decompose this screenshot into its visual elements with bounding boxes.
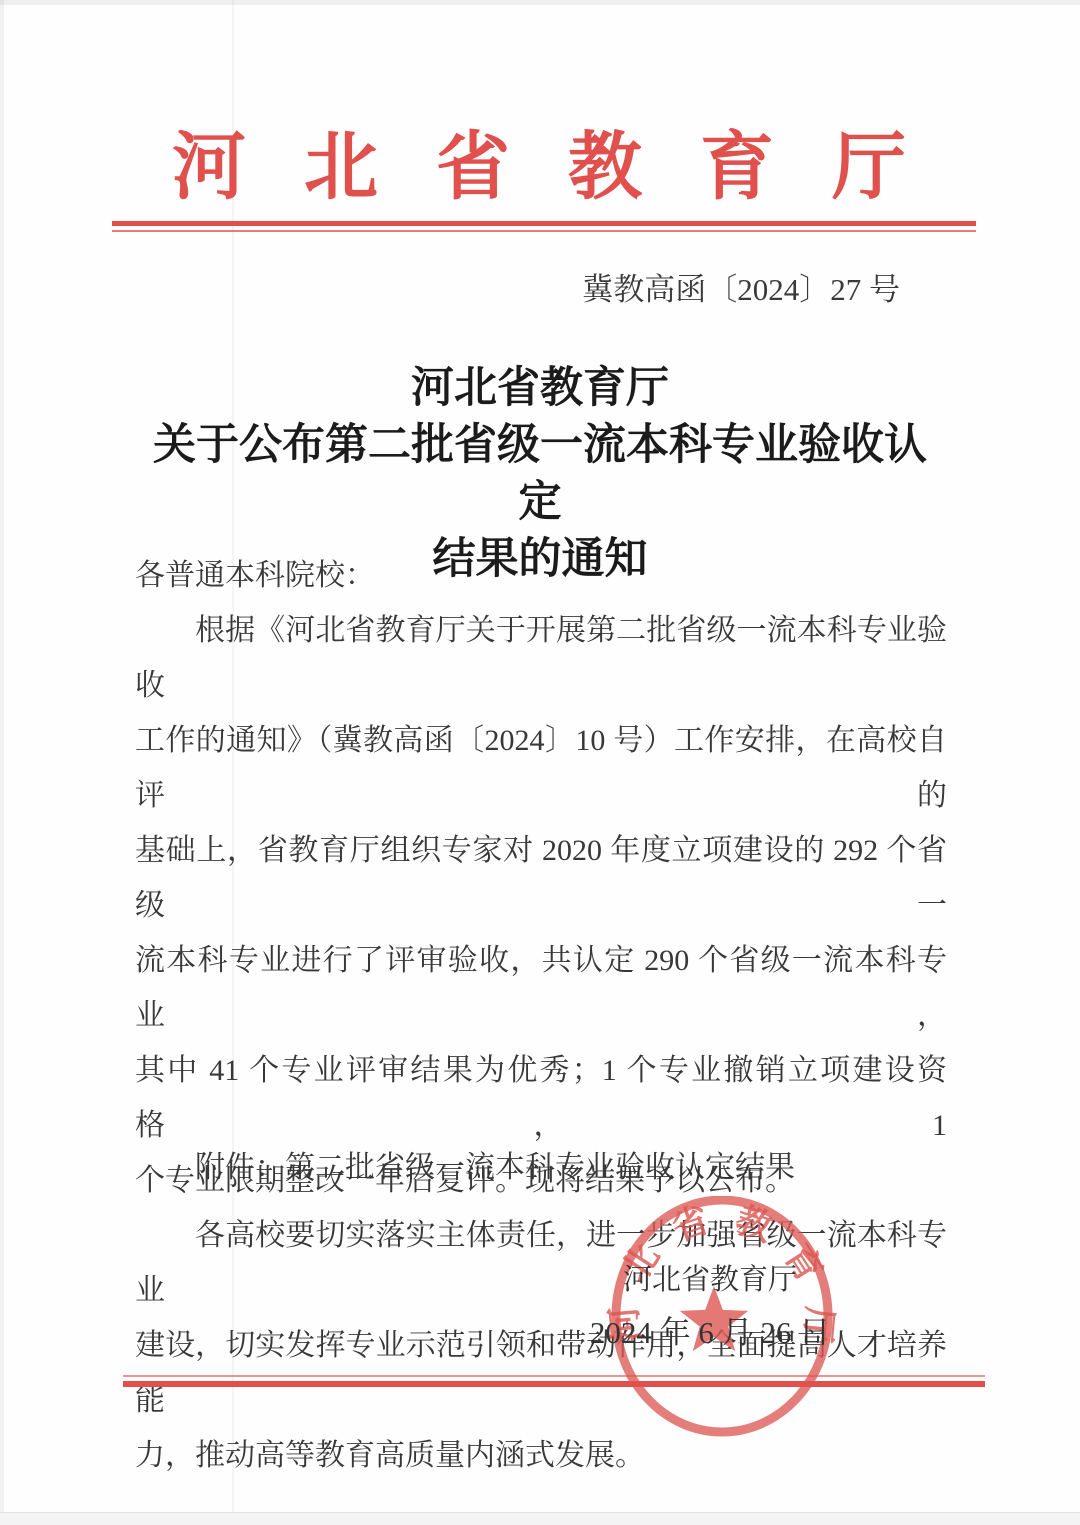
document-page: 河北省教育厅 冀教高函〔2024〕27 号 河北省教育厅 关于公布第二批省级一流…	[0, 0, 1080, 1525]
title-line-1: 河北省教育厅	[135, 360, 945, 417]
footer-rule-thick	[123, 1381, 985, 1387]
scan-strip-bottom	[0, 1512, 1080, 1525]
body-line: 其中 41 个专业评审结果为优秀；1 个专业撤销立项建设资格，1	[135, 1043, 947, 1153]
letterhead-title: 河北省教育厅	[172, 128, 906, 218]
letterhead-char: 省	[436, 128, 510, 209]
scan-edge-left	[0, 0, 4, 1525]
body-line: 工作的通知》（冀教高函〔2024〕10 号）工作安排，在高校自评的	[135, 713, 947, 823]
footer-rule-thin	[123, 1375, 985, 1377]
scan-edge-top	[0, 0, 1080, 5]
letterhead-char: 河	[172, 128, 246, 209]
header-rule-thick	[112, 221, 976, 226]
body-line: 基础上，省教育厅组织专家对 2020 年度立项建设的 292 个省级一	[135, 823, 947, 933]
signature-issuer: 河北省教育厅	[558, 1262, 862, 1298]
signature-date: 2024 年 6 月 26 日	[558, 1315, 862, 1351]
body-line: 流本科专业进行了评审验收，共认定 290 个省级一流本科专业，	[135, 933, 947, 1043]
document-number: 冀教高函〔2024〕27 号	[582, 264, 900, 309]
header-rule-thin	[112, 230, 976, 232]
attachment-line: 附件：第二批省级一流本科专业验收认定结果	[135, 1140, 945, 1195]
body-line: 根据《河北省教育厅关于开展第二批省级一流本科专业验收	[135, 603, 947, 713]
signature-block: 河北省教育厅 2024 年 6 月 26 日	[558, 1262, 862, 1351]
letterhead-char: 育	[700, 128, 774, 209]
letterhead-char: 教	[568, 128, 642, 209]
paragraph: 根据《河北省教育厅关于开展第二批省级一流本科专业验收工作的通知》（冀教高函〔20…	[135, 603, 947, 1208]
letterhead-char: 北	[304, 128, 378, 209]
salutation: 各普通本科院校：	[135, 548, 947, 603]
letterhead-char: 厅	[832, 128, 906, 209]
title-line-2: 关于公布第二批省级一流本科专业验收认定	[135, 417, 945, 531]
